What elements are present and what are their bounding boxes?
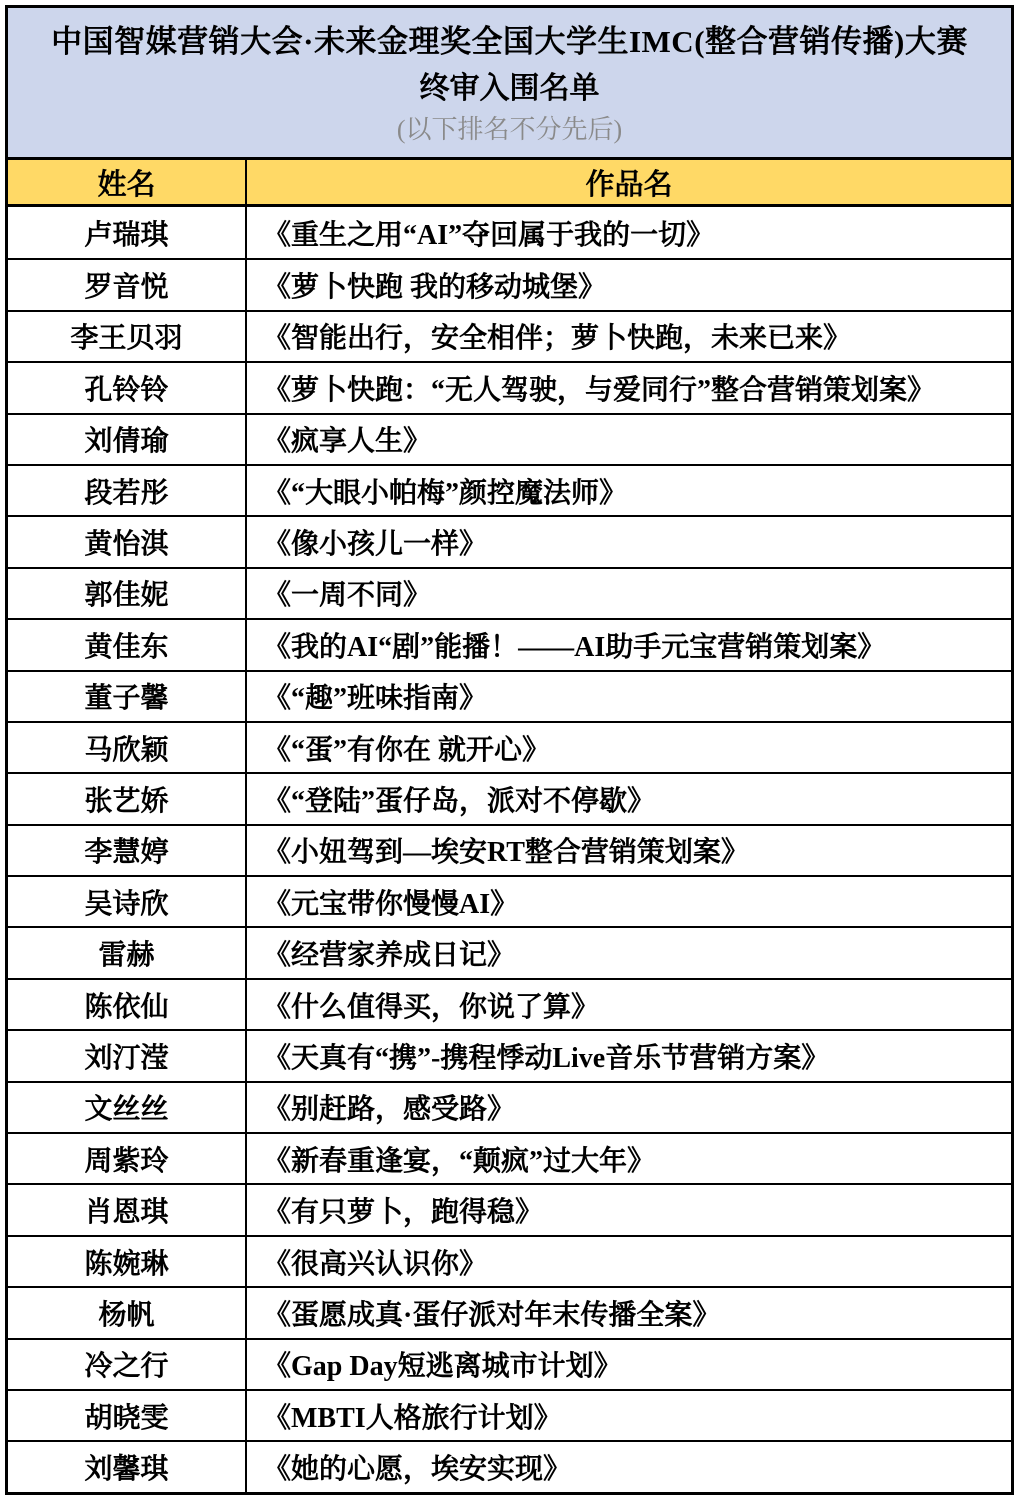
work-title: 《重生之用“AI”夺回属于我的一切》 <box>247 207 1011 258</box>
entrant-name: 罗音悦 <box>8 260 247 309</box>
table-row: 李王贝羽《智能出行，安全相伴；萝卜快跑，未来已来》 <box>8 310 1011 361</box>
entrant-name: 段若彤 <box>8 466 247 515</box>
table-row: 吴诗欣《元宝带你慢慢AI》 <box>8 875 1011 926</box>
table-row: 郭佳妮《一周不同》 <box>8 567 1011 618</box>
table-row: 刘倩瑜《疯享人生》 <box>8 413 1011 464</box>
table-row: 孔铃铃《萝卜快跑：“无人驾驶，与爱同行”整合营销策划案》 <box>8 361 1011 412</box>
entrant-name: 李慧婷 <box>8 826 247 875</box>
entrant-name: 卢瑞琪 <box>8 207 247 258</box>
work-title: 《蛋愿成真·蛋仔派对年末传播全案》 <box>247 1288 1011 1337</box>
entrant-name: 刘馨琪 <box>8 1442 247 1491</box>
table-row: 刘汀滢《天真有“携”-携程悸动Live音乐节营销方案》 <box>8 1029 1011 1080</box>
work-title: 《“蛋”有你在 就开心》 <box>247 723 1011 772</box>
table-row: 马欣颖《“蛋”有你在 就开心》 <box>8 721 1011 772</box>
table-row: 肖恩琪《有只萝卜，跑得稳》 <box>8 1183 1011 1234</box>
entrant-name: 黄佳东 <box>8 620 247 669</box>
table-row: 罗音悦《萝卜快跑 我的移动城堡》 <box>8 258 1011 309</box>
entrant-name: 郭佳妮 <box>8 569 247 618</box>
table-row: 雷赫《经营家养成日记》 <box>8 926 1011 977</box>
entrant-name: 杨帆 <box>8 1288 247 1337</box>
work-title: 《有只萝卜，跑得稳》 <box>247 1185 1011 1234</box>
work-title: 《天真有“携”-携程悸动Live音乐节营销方案》 <box>247 1031 1011 1080</box>
entrant-name: 雷赫 <box>8 928 247 977</box>
entrant-name: 周紫玲 <box>8 1134 247 1183</box>
work-title: 《像小孩儿一样》 <box>247 517 1011 566</box>
table-row: 段若彤《“大眼小帕梅”颜控魔法师》 <box>8 464 1011 515</box>
entrant-name: 李王贝羽 <box>8 312 247 361</box>
table-title-block: 中国智媒营销大会·未来金理奖全国大学生IMC(整合营销传播)大赛 终审入围名单 … <box>8 8 1011 157</box>
work-title: 《MBTI人格旅行计划》 <box>247 1391 1011 1440</box>
work-title: 《她的心愿，埃安实现》 <box>247 1442 1011 1491</box>
work-title: 《一周不同》 <box>247 569 1011 618</box>
entrant-name: 陈依仙 <box>8 980 247 1029</box>
table-row: 杨帆《蛋愿成真·蛋仔派对年末传播全案》 <box>8 1286 1011 1337</box>
table-header-row: 姓名 作品名 <box>8 157 1011 207</box>
entrant-name: 董子馨 <box>8 672 247 721</box>
entrant-name: 胡晓雯 <box>8 1391 247 1440</box>
entrant-name: 马欣颖 <box>8 723 247 772</box>
table-row: 陈婉琳《很高兴认识你》 <box>8 1235 1011 1286</box>
work-title: 《什么值得买，你说了算》 <box>247 980 1011 1029</box>
table-row: 冷之行《Gap Day短逃离城市计划》 <box>8 1338 1011 1389</box>
work-title: 《经营家养成日记》 <box>247 928 1011 977</box>
table-row: 刘馨琪《她的心愿，埃安实现》 <box>8 1440 1011 1491</box>
work-title: 《别赶路，感受路》 <box>247 1083 1011 1132</box>
page-title: 中国智媒营销大会·未来金理奖全国大学生IMC(整合营销传播)大赛 <box>51 17 968 67</box>
work-title: 《疯享人生》 <box>247 415 1011 464</box>
table-row: 胡晓雯《MBTI人格旅行计划》 <box>8 1389 1011 1440</box>
work-title: 《很高兴认识你》 <box>247 1237 1011 1286</box>
table-row: 文丝丝《别赶路，感受路》 <box>8 1081 1011 1132</box>
table-row: 卢瑞琪《重生之用“AI”夺回属于我的一切》 <box>8 207 1011 258</box>
entrant-name: 张艺娇 <box>8 774 247 823</box>
table-row: 黄佳东《我的AI“剧”能播！——AI助手元宝营销策划案》 <box>8 618 1011 669</box>
column-header-work: 作品名 <box>247 160 1011 204</box>
work-title: 《智能出行，安全相伴；萝卜快跑，未来已来》 <box>247 312 1011 361</box>
work-title: 《小妞驾到—埃安RT整合营销策划案》 <box>247 826 1011 875</box>
work-title: 《萝卜快跑：“无人驾驶，与爱同行”整合营销策划案》 <box>247 363 1011 412</box>
table-row: 周紫玲《新春重逢宴，“颠疯”过大年》 <box>8 1132 1011 1183</box>
entrant-name: 吴诗欣 <box>8 877 247 926</box>
work-title: 《新春重逢宴，“颠疯”过大年》 <box>247 1134 1011 1183</box>
entrant-name: 刘汀滢 <box>8 1031 247 1080</box>
table-row: 黄怡淇《像小孩儿一样》 <box>8 515 1011 566</box>
finalist-table: 中国智媒营销大会·未来金理奖全国大学生IMC(整合营销传播)大赛 终审入围名单 … <box>5 5 1014 1495</box>
entrant-name: 黄怡淇 <box>8 517 247 566</box>
work-title: 《“趣”班味指南》 <box>247 672 1011 721</box>
entrant-name: 孔铃铃 <box>8 363 247 412</box>
ranking-note: (以下排名不分先后) <box>397 111 622 149</box>
table-row: 张艺娇《“登陆”蛋仔岛，派对不停歇》 <box>8 772 1011 823</box>
table-row: 陈依仙《什么值得买，你说了算》 <box>8 978 1011 1029</box>
entrant-name: 陈婉琳 <box>8 1237 247 1286</box>
work-title: 《Gap Day短逃离城市计划》 <box>247 1340 1011 1389</box>
page-subtitle: 终审入围名单 <box>420 67 600 111</box>
work-title: 《“大眼小帕梅”颜控魔法师》 <box>247 466 1011 515</box>
table-body: 卢瑞琪《重生之用“AI”夺回属于我的一切》罗音悦《萝卜快跑 我的移动城堡》李王贝… <box>8 207 1011 1492</box>
entrant-name: 文丝丝 <box>8 1083 247 1132</box>
entrant-name: 冷之行 <box>8 1340 247 1389</box>
column-header-name: 姓名 <box>8 160 247 204</box>
entrant-name: 肖恩琪 <box>8 1185 247 1234</box>
table-row: 李慧婷《小妞驾到—埃安RT整合营销策划案》 <box>8 824 1011 875</box>
work-title: 《萝卜快跑 我的移动城堡》 <box>247 260 1011 309</box>
entrant-name: 刘倩瑜 <box>8 415 247 464</box>
work-title: 《我的AI“剧”能播！——AI助手元宝营销策划案》 <box>247 620 1011 669</box>
table-row: 董子馨《“趣”班味指南》 <box>8 670 1011 721</box>
work-title: 《元宝带你慢慢AI》 <box>247 877 1011 926</box>
work-title: 《“登陆”蛋仔岛，派对不停歇》 <box>247 774 1011 823</box>
